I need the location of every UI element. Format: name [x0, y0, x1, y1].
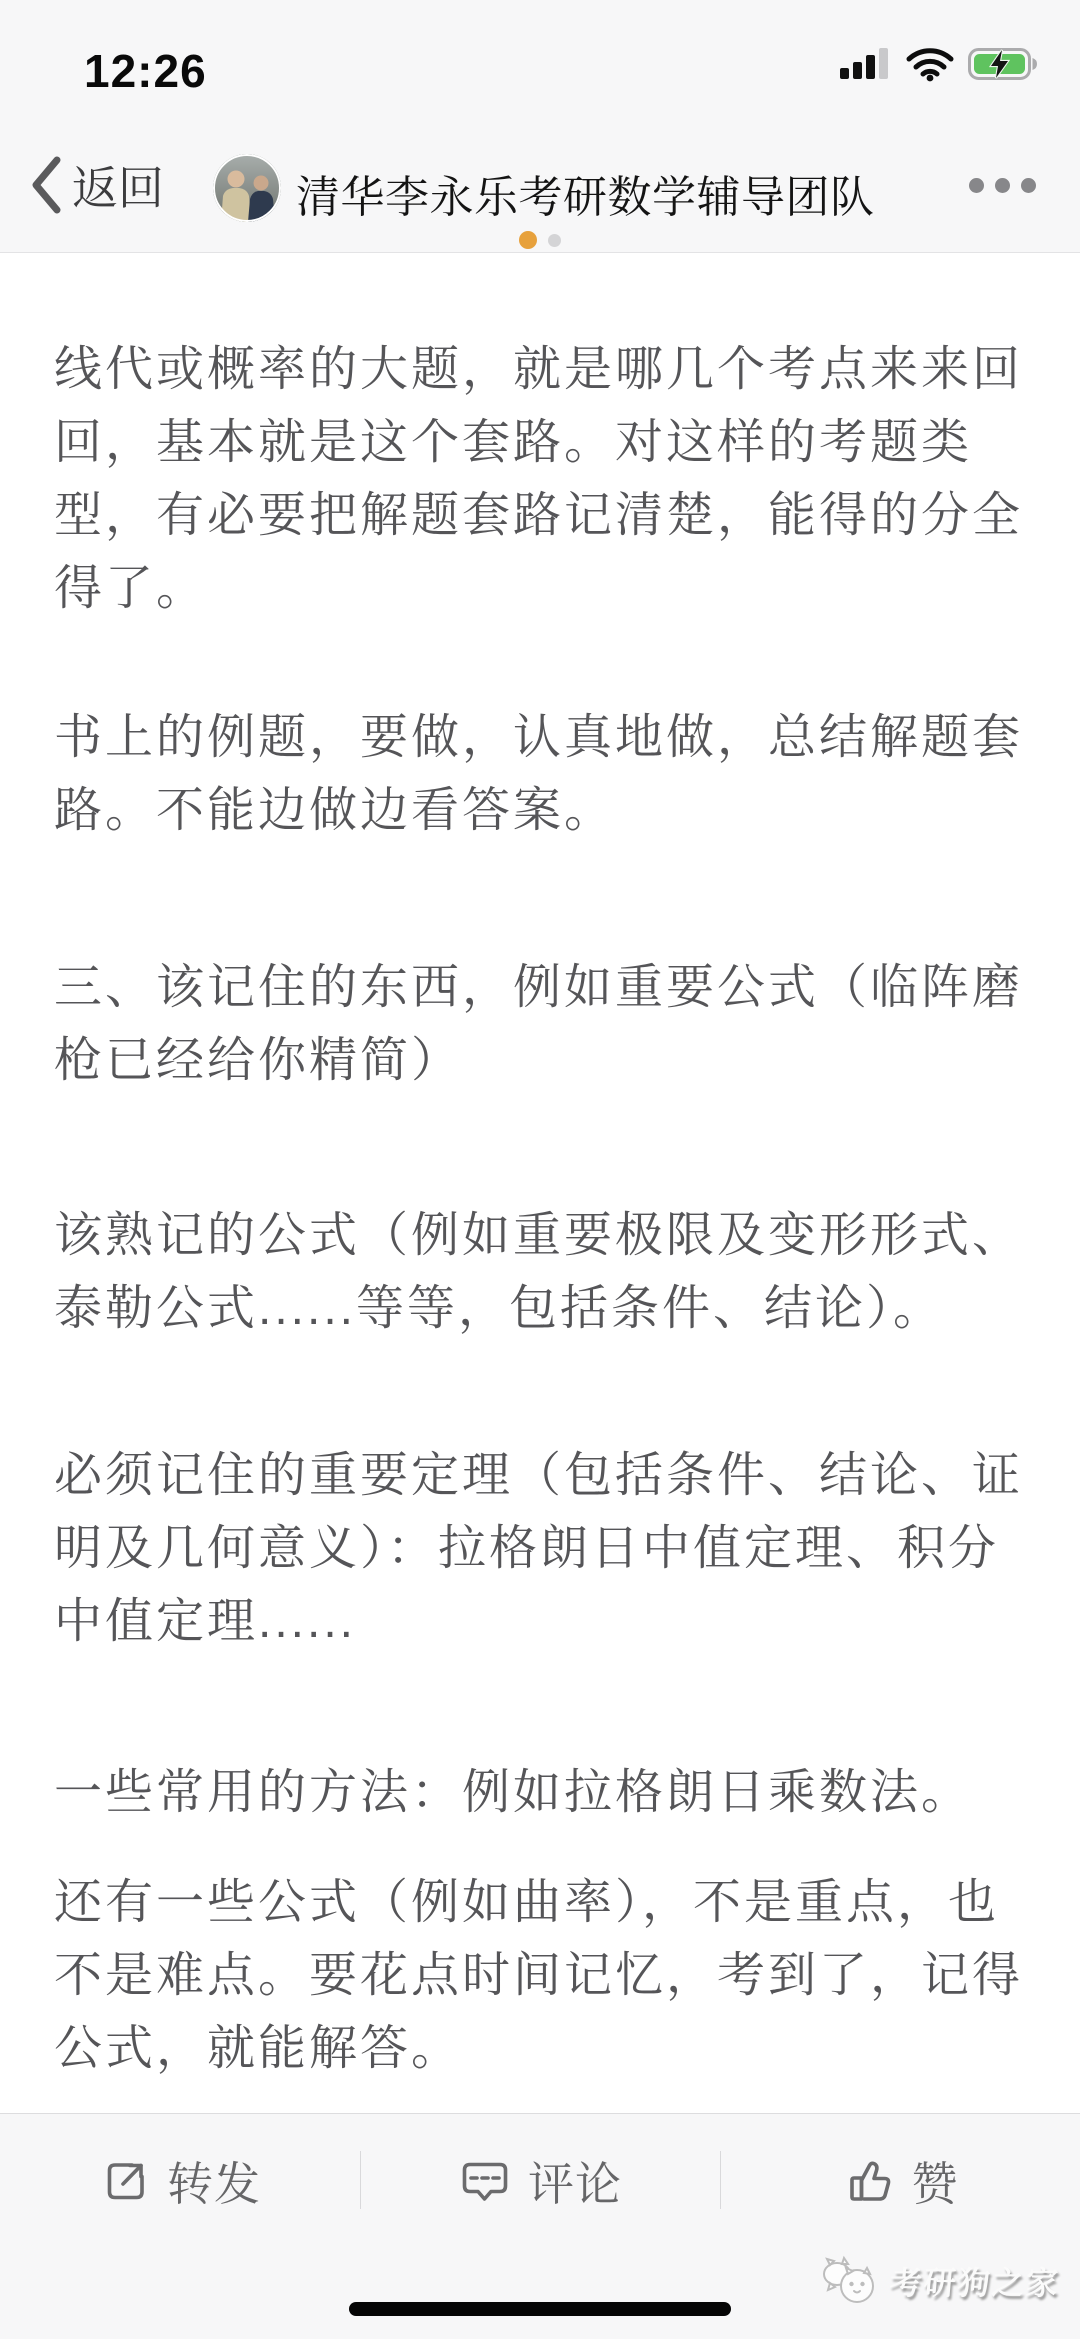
comment-bubble-icon	[458, 2155, 512, 2207]
toolbar-divider	[720, 2151, 721, 2209]
page-dot-inactive	[548, 234, 561, 247]
more-button[interactable]	[969, 178, 1036, 193]
toolbar-divider	[360, 2151, 361, 2209]
status-icons	[840, 44, 1038, 84]
share-icon	[99, 2155, 151, 2207]
comment-label: 评论	[528, 2148, 622, 2214]
wifi-icon	[906, 46, 954, 82]
ellipsis-dot	[969, 178, 984, 193]
like-button[interactable]: 赞	[720, 2151, 1080, 2211]
thumbs-up-icon	[842, 2155, 896, 2207]
page-title: 清华李永乐考研数学辅导团队	[296, 161, 875, 225]
page-dots	[0, 228, 1080, 252]
avatar[interactable]	[213, 154, 281, 222]
ellipsis-dot	[995, 178, 1010, 193]
status-time: 12:26	[84, 44, 207, 98]
battery-charging-icon	[968, 48, 1038, 80]
comment-button[interactable]: 评论	[360, 2151, 720, 2211]
home-indicator[interactable]	[349, 2302, 731, 2316]
paragraph: 必须记住的重要定理（包括条件、结论、证明及几何意义）：拉格朗日中值定理、积分中值…	[54, 1439, 1030, 1658]
paragraph: 还有一些公式（例如曲率），不是重点，也不是难点。要花点时间记忆，考到了，记得公式…	[54, 1866, 1030, 2085]
ellipsis-dot	[1021, 178, 1036, 193]
like-label: 赞	[912, 2148, 959, 2214]
page-dot-active	[519, 231, 537, 249]
paragraph: 三、该记住的东西，例如重要公式（临阵磨枪已经给你精简）	[54, 951, 1030, 1097]
back-label: 返回	[72, 152, 164, 218]
forward-label: 转发	[167, 2148, 261, 2214]
top-bar: 12:26	[0, 0, 1080, 253]
paragraph: 书上的例题，要做，认真地做，总结解题套路。不能边做边看答案。	[54, 701, 1030, 847]
forward-button[interactable]: 转发	[0, 2151, 360, 2211]
back-button[interactable]: 返回	[30, 140, 164, 230]
nav-bar: 返回 清华李永乐考研数学辅导团队	[0, 140, 1080, 230]
paragraph: 一些常用的方法：例如拉格朗日乘数法。	[54, 1756, 1030, 1829]
chevron-left-icon	[30, 156, 62, 214]
cellular-signal-icon	[840, 47, 892, 81]
paragraph: 线代或概率的大题，就是哪几个考点来来回回，基本就是这个套路。对这样的考题类型，有…	[54, 333, 1030, 625]
article-content: 线代或概率的大题，就是哪几个考点来来回回，基本就是这个套路。对这样的考题类型，有…	[0, 254, 1080, 2113]
paragraph: 该熟记的公式（例如重要极限及变形形式、泰勒公式......等等，包括条件、结论）…	[54, 1199, 1030, 1345]
